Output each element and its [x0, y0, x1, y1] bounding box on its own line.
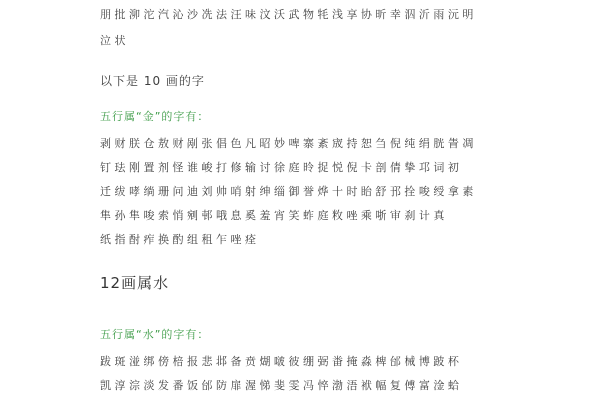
char-list-line: 凯 淳 淙 淡 发 番 饭 邰 防 扉 渥 悌 斐 雯 冯 悴 渤 浯 袱 幅 …: [100, 374, 514, 398]
char-list-line: 迁 绂 哮 绱 珊 问 迪 刘 帅 哨 射 绅 缁 御 誉 烨 十 时 眙 舒 …: [100, 180, 514, 204]
intro-tail-paragraph: 朋 批 泖 沱 汽 沁 沙 冼 法 汪 味 汶 沃 武 物 牦 浅 享 协 昕 …: [100, 2, 514, 54]
water-element-label: 五行属“水”的字有：: [100, 326, 514, 342]
stroke10-heading: 以下是 10 画的字: [100, 72, 514, 89]
article-page: 朋 批 泖 沱 汽 沁 沙 冼 法 汪 味 汶 沃 武 物 牦 浅 享 协 昕 …: [0, 0, 600, 400]
char-list-line: 钉 珐 刚 置 剂 怪 谁 峻 打 修 输 讨 徐 庭 昤 捉 悦 倪 卡 剖 …: [100, 156, 514, 180]
char-list-line: 朋 批 泖 沱 汽 沁 沙 冼 法 汪 味 汶 沃 武 物 牦 浅 享 协 昕 …: [100, 2, 514, 28]
stroke12-heading: 12画属水: [100, 272, 514, 293]
char-list-line: 剥 财 朕 仓 敖 财 剐 张 倡 色 凡 昭 妙 啤 寨 紊 宬 持 恕 刍 …: [100, 132, 514, 156]
metal-element-label: 五行属“金”的字有：: [100, 108, 514, 124]
char-list-line: 隼 孙 隼 唆 索 悄 剜 邨 哦 息 奚 羞 宵 笑 蚱 庭 敉 唑 乘 哳 …: [100, 204, 514, 228]
water-characters-paragraph: 跋 斑 湴 绑 傍 棓 报 悲 邶 备 贲 煳 啵 彼 绷 弼 畨 掩 淼 椑 …: [100, 350, 514, 398]
char-list-line: 泣 状: [100, 28, 514, 54]
metal-characters-paragraph: 剥 财 朕 仓 敖 财 剐 张 倡 色 凡 昭 妙 啤 寨 紊 宬 持 恕 刍 …: [100, 132, 514, 252]
char-list-line: 跋 斑 湴 绑 傍 棓 报 悲 邶 备 贲 煳 啵 彼 绷 弼 畨 掩 淼 椑 …: [100, 350, 514, 374]
char-list-line: 纸 指 酎 痄 换 酌 组 租 乍 唑 痊: [100, 228, 514, 252]
